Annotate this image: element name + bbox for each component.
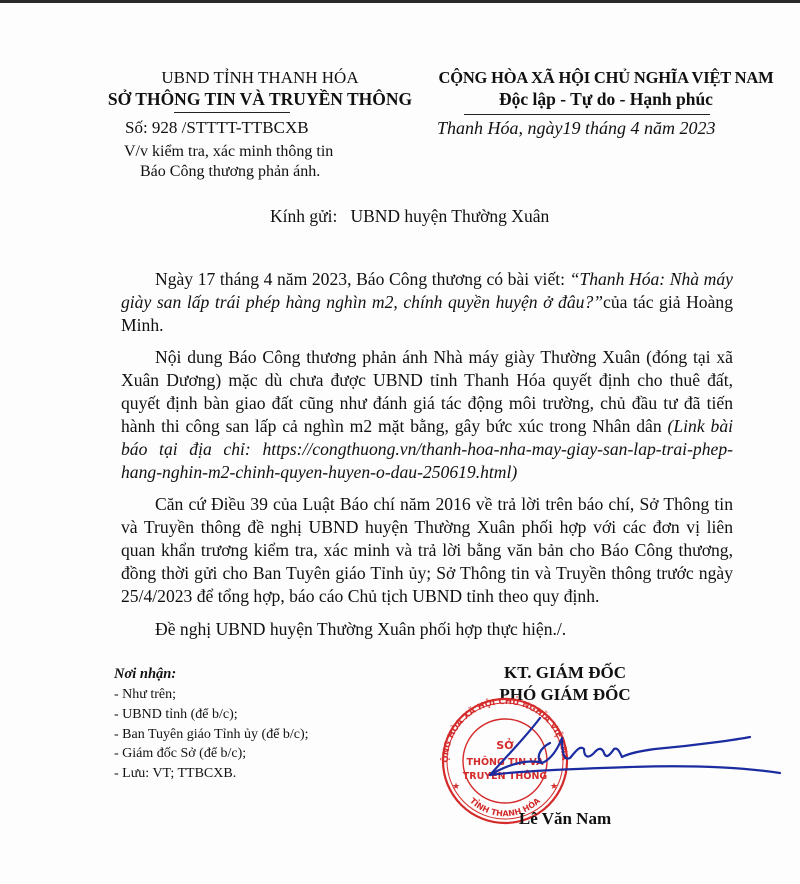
addressee-label: Kính gửi: — [270, 206, 337, 226]
recipients-list-item: - Giám đốc Sở (để b/c); — [114, 746, 246, 762]
recipients-list-item: - Như trên; — [114, 687, 176, 703]
agency-parent: UBND TỈNH THANH HÓA — [130, 68, 390, 88]
agency-name: SỞ THÔNG TIN VÀ TRUYỀN THÔNG — [80, 89, 440, 110]
national-title: CỘNG HÒA XÃ HỘI CHỦ NGHĨA VIỆT NAM — [412, 68, 800, 88]
handwritten-signature-icon — [480, 703, 800, 813]
paragraph-content-summary: Nội dung Báo Công thương phản ánh Nhà má… — [121, 346, 733, 484]
agency-underline — [174, 112, 290, 113]
recipients-list-title: Nơi nhận: — [114, 666, 176, 683]
motto-underline — [464, 114, 710, 115]
recipients-list-item: - UBND tỉnh (để b/c); — [114, 707, 238, 723]
paragraph-closing: Đề nghị UBND huyện Thường Xuân phối hợp … — [121, 618, 733, 641]
p1-text: Ngày 17 tháng 4 năm 2023, Báo Công thươn… — [155, 269, 570, 289]
paragraph-request: Căn cứ Điều 39 của Luật Báo chí năm 2016… — [121, 493, 733, 608]
addressee-name: UBND huyện Thường Xuân — [350, 206, 549, 226]
national-motto: Độc lập - Tự do - Hạnh phúc — [412, 89, 800, 110]
signature-title-1: KT. GIÁM ĐỐC — [440, 663, 690, 683]
document-number: Số: 928 /STTTT-TTBCXB — [125, 118, 309, 138]
recipients-list-item: - Ban Tuyên giáo Tỉnh ủy (để b/c); — [114, 727, 309, 743]
subject-line-2: Báo Công thương phản ánh. — [140, 163, 320, 181]
signer-name: Lê Văn Nam — [440, 809, 690, 829]
recipients-list-item: - Lưu: VT; TTBCXB. — [114, 766, 236, 782]
p2-text: Nội dung Báo Công thương phản ánh Nhà má… — [121, 347, 733, 436]
subject-line-1: V/v kiểm tra, xác minh thông tin — [124, 143, 333, 161]
addressee: Kính gửi: UBND huyện Thường Xuân — [270, 206, 549, 227]
svg-text:★: ★ — [452, 781, 460, 791]
paragraph-article-reference: Ngày 17 tháng 4 năm 2023, Báo Công thươn… — [121, 268, 733, 337]
place-date: Thanh Hóa, ngày19 tháng 4 năm 2023 — [437, 118, 716, 139]
